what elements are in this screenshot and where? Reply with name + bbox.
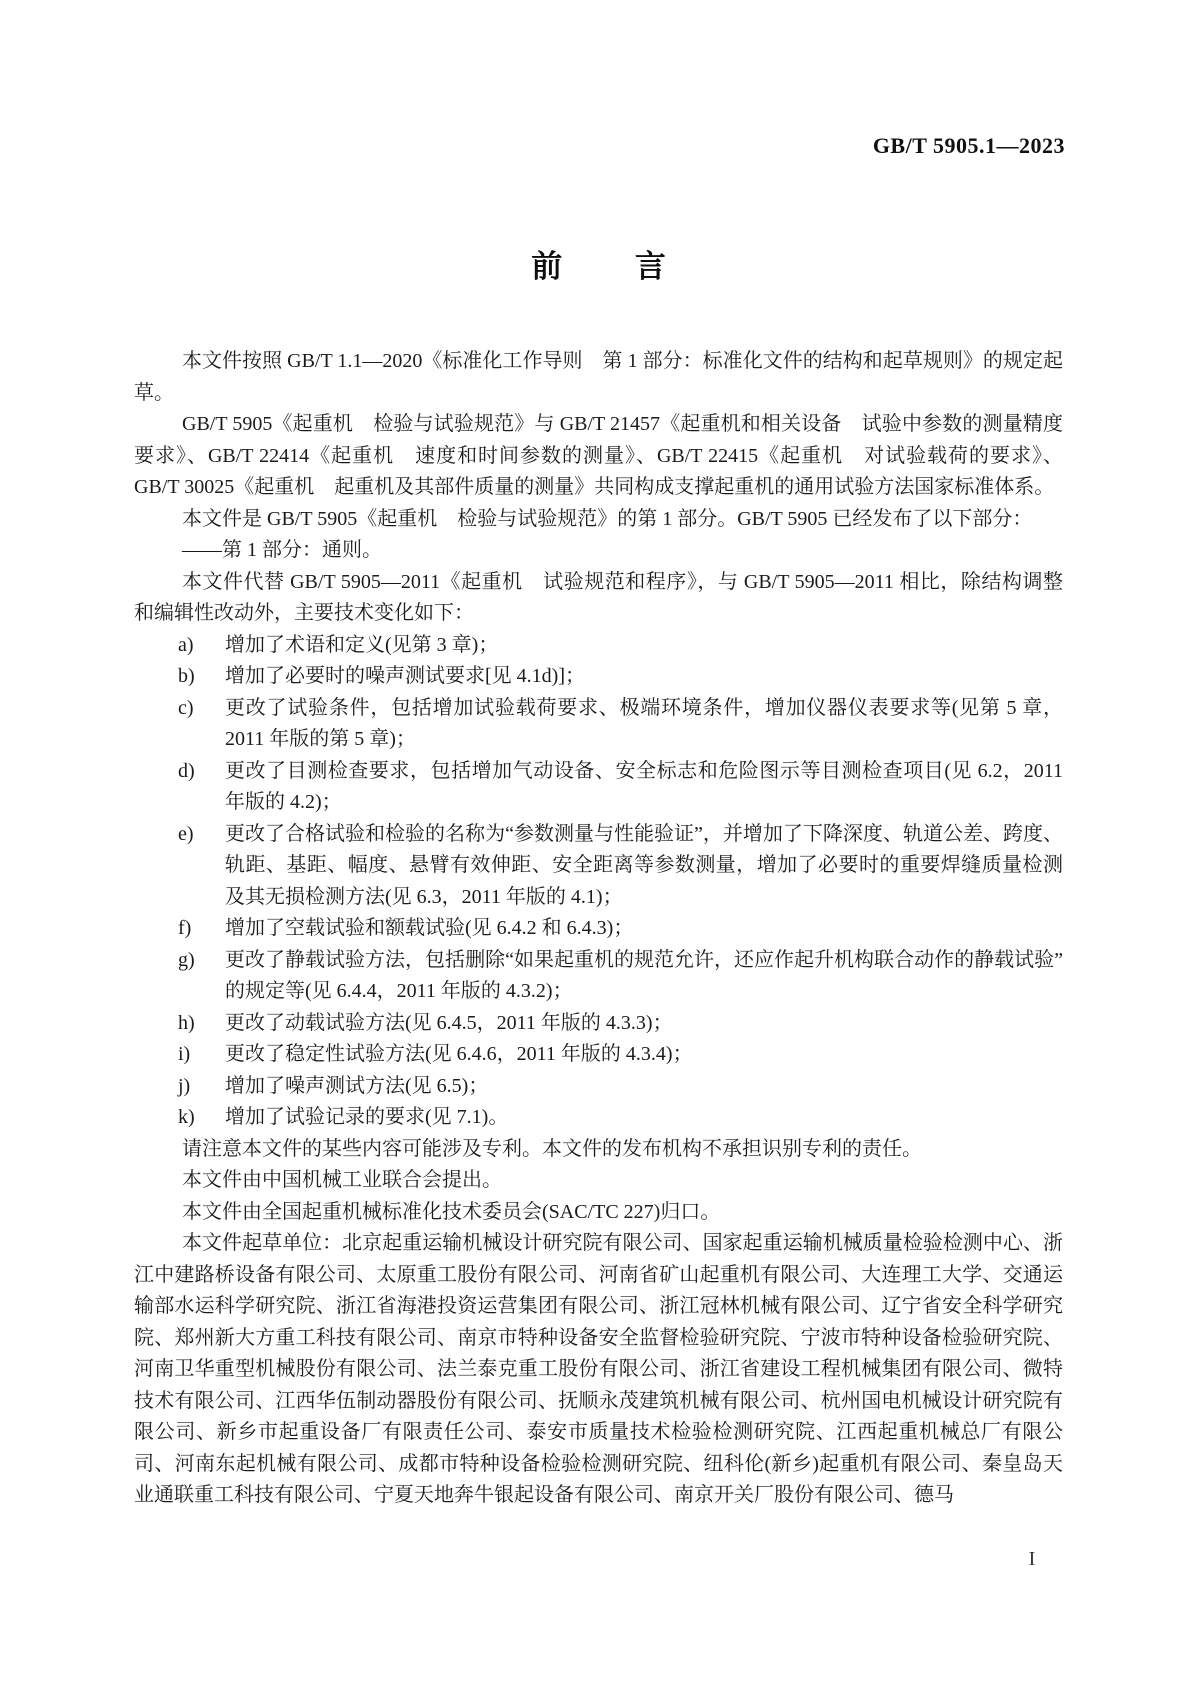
change-text: 增加了噪声测试方法(见 6.5)； [225, 1071, 1063, 1103]
change-text: 更改了试验条件，包括增加试验载荷要求、极端环境条件，增加仪器仪表要求等(见第 5… [225, 693, 1063, 756]
change-marker: j) [178, 1071, 225, 1103]
foreword-title-char-2: 言 [635, 249, 666, 284]
change-marker: c) [178, 693, 225, 756]
change-marker: h) [178, 1008, 225, 1040]
change-item: f) 增加了空载试验和额载试验(见 6.4.2 和 6.4.3)； [134, 913, 1063, 945]
change-item: j) 增加了噪声测试方法(见 6.5)； [134, 1071, 1063, 1103]
change-text: 更改了合格试验和检验的名称为“参数测量与性能验证”，并增加了下降深度、轨道公差、… [225, 819, 1063, 914]
patent-notice-paragraph: 请注意本文件的某些内容可能涉及专利。本文件的发布机构不承担识别专利的责任。 [134, 1134, 1063, 1166]
page-number: I [1000, 1548, 1064, 1571]
change-item: e) 更改了合格试验和检验的名称为“参数测量与性能验证”，并增加了下降深度、轨道… [134, 819, 1063, 914]
change-text: 增加了试验记录的要求(见 7.1)。 [225, 1102, 1063, 1134]
replacement-note-paragraph: 本文件代替 GB/T 5905—2011《起重机 试验规范和程序》，与 GB/T… [134, 567, 1063, 630]
foreword-title-char-1: 前 [531, 249, 562, 284]
change-item: a) 增加了术语和定义(见第 3 章)； [134, 630, 1063, 662]
change-text: 增加了术语和定义(见第 3 章)； [225, 630, 1063, 662]
change-marker: b) [178, 661, 225, 693]
change-item: k) 增加了试验记录的要求(见 7.1)。 [134, 1102, 1063, 1134]
change-marker: e) [178, 819, 225, 914]
change-marker: f) [178, 913, 225, 945]
change-text: 更改了动载试验方法(见 6.4.5，2011 年版的 4.3.3)； [225, 1008, 1063, 1040]
published-part-item: ——第 1 部分：通则。 [134, 535, 1063, 567]
committee-paragraph: 本文件由全国起重机械标准化技术委员会(SAC/TC 227)归口。 [134, 1197, 1063, 1229]
change-marker: d) [178, 756, 225, 819]
standard-document-page: GB/T 5905.1—2023 前 言 本文件按照 GB/T 1.1—2020… [0, 0, 1191, 1685]
drafting-units-paragraph: 本文件起草单位：北京起重运输机械设计研究院有限公司、国家起重运输机械质量检验检测… [134, 1228, 1063, 1512]
intro-paragraph: 本文件按照 GB/T 1.1—2020《标准化工作导则 第 1 部分：标准化文件… [134, 346, 1063, 409]
change-item: i) 更改了稳定性试验方法(见 6.4.6，2011 年版的 4.3.4)； [134, 1039, 1063, 1071]
changes-list: a) 增加了术语和定义(见第 3 章)； b) 增加了必要时的噪声测试要求[见 … [134, 630, 1063, 1134]
change-item: g) 更改了静载试验方法，包括删除“如果起重机的规范允许，还应作起升机构联合动作… [134, 945, 1063, 1008]
change-marker: i) [178, 1039, 225, 1071]
foreword-title: 前 言 [134, 241, 1063, 286]
change-item: b) 增加了必要时的噪声测试要求[见 4.1d)]； [134, 661, 1063, 693]
change-item: d) 更改了目测检查要求，包括增加气动设备、安全标志和危险图示等目测检查项目(见… [134, 756, 1063, 819]
standard-code: GB/T 5905.1—2023 [873, 133, 1065, 159]
change-item: h) 更改了动载试验方法(见 6.4.5，2011 年版的 4.3.3)； [134, 1008, 1063, 1040]
change-text: 更改了稳定性试验方法(见 6.4.6，2011 年版的 4.3.4)； [225, 1039, 1063, 1071]
change-text: 增加了必要时的噪声测试要求[见 4.1d)]； [225, 661, 1063, 693]
foreword-body: 本文件按照 GB/T 1.1—2020《标准化工作导则 第 1 部分：标准化文件… [134, 346, 1063, 1512]
change-text: 更改了目测检查要求，包括增加气动设备、安全标志和危险图示等目测检查项目(见 6.… [225, 756, 1063, 819]
change-marker: k) [178, 1102, 225, 1134]
proposer-paragraph: 本文件由中国机械工业联合会提出。 [134, 1165, 1063, 1197]
change-text: 更改了静载试验方法，包括删除“如果起重机的规范允许，还应作起升机构联合动作的静载… [225, 945, 1063, 1008]
change-text: 增加了空载试验和额载试验(见 6.4.2 和 6.4.3)； [225, 913, 1063, 945]
intro-paragraph: 本文件是 GB/T 5905《起重机 检验与试验规范》的第 1 部分。GB/T … [134, 504, 1063, 536]
change-item: c) 更改了试验条件，包括增加试验载荷要求、极端环境条件，增加仪器仪表要求等(见… [134, 693, 1063, 756]
change-marker: a) [178, 630, 225, 662]
intro-paragraph: GB/T 5905《起重机 检验与试验规范》与 GB/T 21457《起重机和相… [134, 409, 1063, 504]
change-marker: g) [178, 945, 225, 1008]
